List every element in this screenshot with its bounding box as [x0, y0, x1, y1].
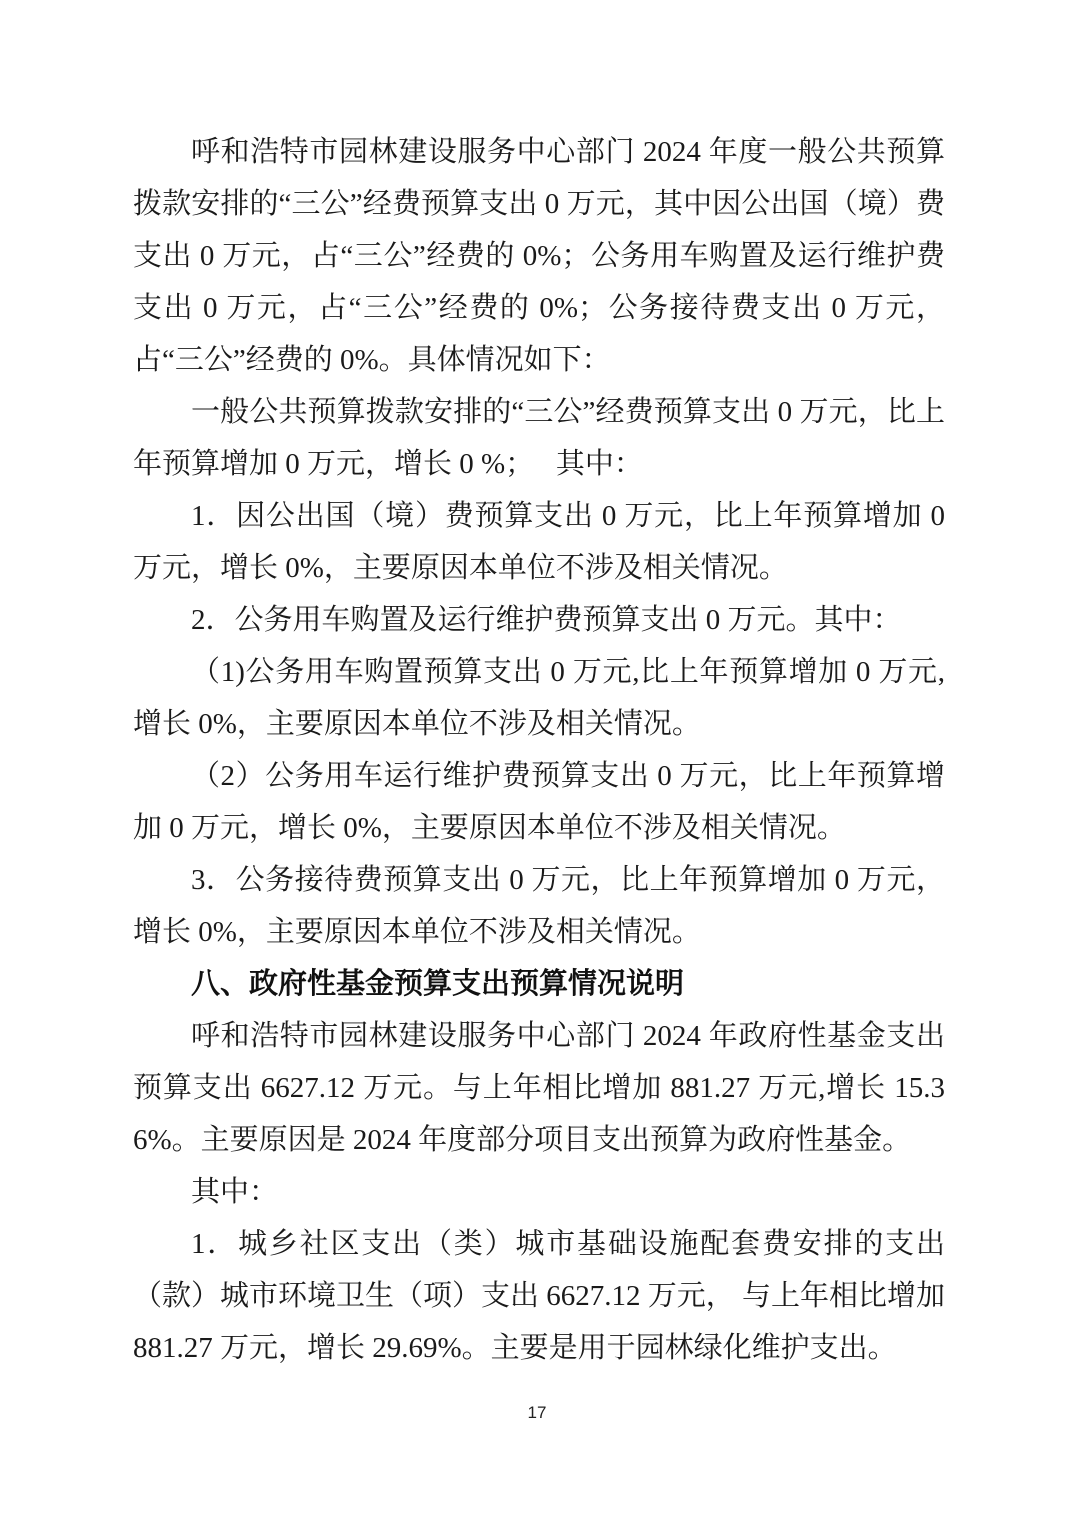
paragraph-item-1-community-expense: 1．城乡社区支出（类）城市基础设施配套费安排的支出（款）城市环境卫生（项）支出 …	[133, 1218, 945, 1374]
section-heading-gov-fund: 八、政府性基金预算支出预算情况说明	[133, 958, 945, 1010]
page-number: 17	[0, 1401, 1074, 1425]
paragraph-item-3-reception-fee: 3．公务接待费预算支出 0 万元，比上年预算增加 0 万元，增长 0%，主要原因…	[133, 854, 945, 958]
document-body: 呼和浩特市园林建设服务中心部门 2024 年度一般公共预算拨款安排的“三公”经费…	[133, 126, 945, 1374]
paragraph-three-public-total: 一般公共预算拨款安排的“三公”经费预算支出 0 万元，比上年预算增加 0 万元，…	[133, 386, 945, 490]
paragraph-three-public-summary: 呼和浩特市园林建设服务中心部门 2024 年度一般公共预算拨款安排的“三公”经费…	[133, 126, 945, 386]
document-page: 呼和浩特市园林建设服务中心部门 2024 年度一般公共预算拨款安排的“三公”经费…	[0, 0, 1074, 1520]
paragraph-item-2-1-vehicle-purchase: （1)公务用车购置预算支出 0 万元,比上年预算增加 0 万元,增长 0%，主要…	[133, 646, 945, 750]
paragraph-item-2-vehicle-fee: 2．公务用车购置及运行维护费预算支出 0 万元。其中：	[133, 594, 945, 646]
paragraph-gov-fund-summary: 呼和浩特市园林建设服务中心部门 2024 年政府性基金支出预算支出 6627.1…	[133, 1010, 945, 1166]
paragraph-item-1-outbound-fee: 1．因公出国（境）费预算支出 0 万元，比上年预算增加 0 万元，增长 0%，主…	[133, 490, 945, 594]
paragraph-among-which: 其中：	[133, 1166, 945, 1218]
paragraph-item-2-2-vehicle-maintenance: （2）公务用车运行维护费预算支出 0 万元，比上年预算增加 0 万元，增长 0%…	[133, 750, 945, 854]
